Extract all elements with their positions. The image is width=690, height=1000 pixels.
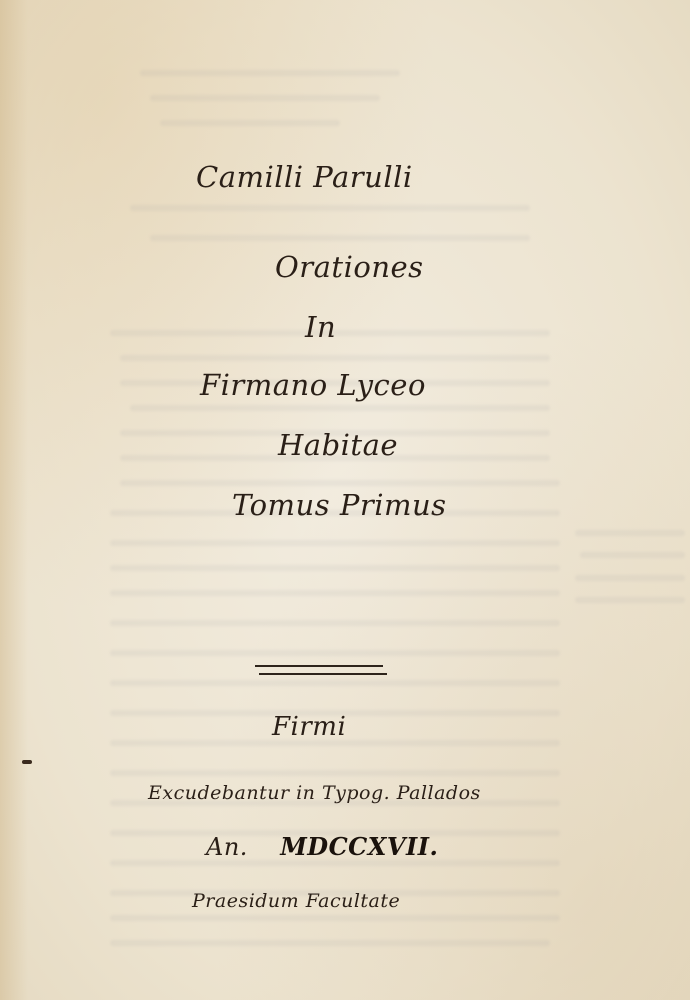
title-line-orationes: Orationes [275, 250, 424, 284]
bleed-through-line [140, 70, 400, 76]
bleed-through-line [110, 590, 560, 596]
bleed-through-line [150, 95, 380, 101]
bleed-through-line [110, 540, 560, 546]
ink-spot [22, 760, 32, 764]
imprint-printer: Excudebantur in Typog. Pallados [148, 782, 481, 804]
page-edge-shadow [0, 0, 28, 1000]
bleed-through-line [110, 915, 560, 921]
title-line-tomus-primus: Tomus Primus [232, 488, 447, 522]
bleed-through-line [110, 565, 560, 571]
bleed-through-line [110, 770, 560, 776]
bleed-through-margin-note [575, 530, 685, 536]
imprint-year-line: An. MDCCXVII. [206, 832, 438, 861]
bleed-through-margin-note [580, 552, 685, 558]
bleed-through-line [160, 120, 340, 126]
imprint-place: Firmi [272, 712, 346, 742]
divider-rule-top [255, 665, 383, 667]
bleed-through-line [120, 355, 550, 361]
bleed-through-line [110, 650, 560, 656]
divider-rule-bottom [259, 673, 387, 675]
title-line-in: In [305, 310, 336, 344]
bleed-through-line [110, 940, 550, 946]
manuscript-page: Camilli Parulli Orationes In Firmano Lyc… [0, 0, 690, 1000]
bleed-through-line [150, 235, 530, 241]
bleed-through-line [130, 405, 550, 411]
title-line-firmano-lyceo: Firmano Lyceo [200, 368, 426, 402]
year-prefix: An. [206, 833, 248, 861]
title-line-habitae: Habitae [278, 428, 398, 462]
bleed-through-margin-note [575, 597, 685, 603]
author-name: Camilli Parulli [196, 160, 413, 194]
bleed-through-line [130, 205, 530, 211]
imprint-permission: Praesidum Facultate [192, 890, 400, 912]
bleed-through-line [110, 620, 560, 626]
year-roman-numeral: MDCCXVII. [280, 832, 438, 861]
bleed-through-line [120, 480, 560, 486]
bleed-through-line [110, 680, 560, 686]
bleed-through-margin-note [575, 575, 685, 581]
